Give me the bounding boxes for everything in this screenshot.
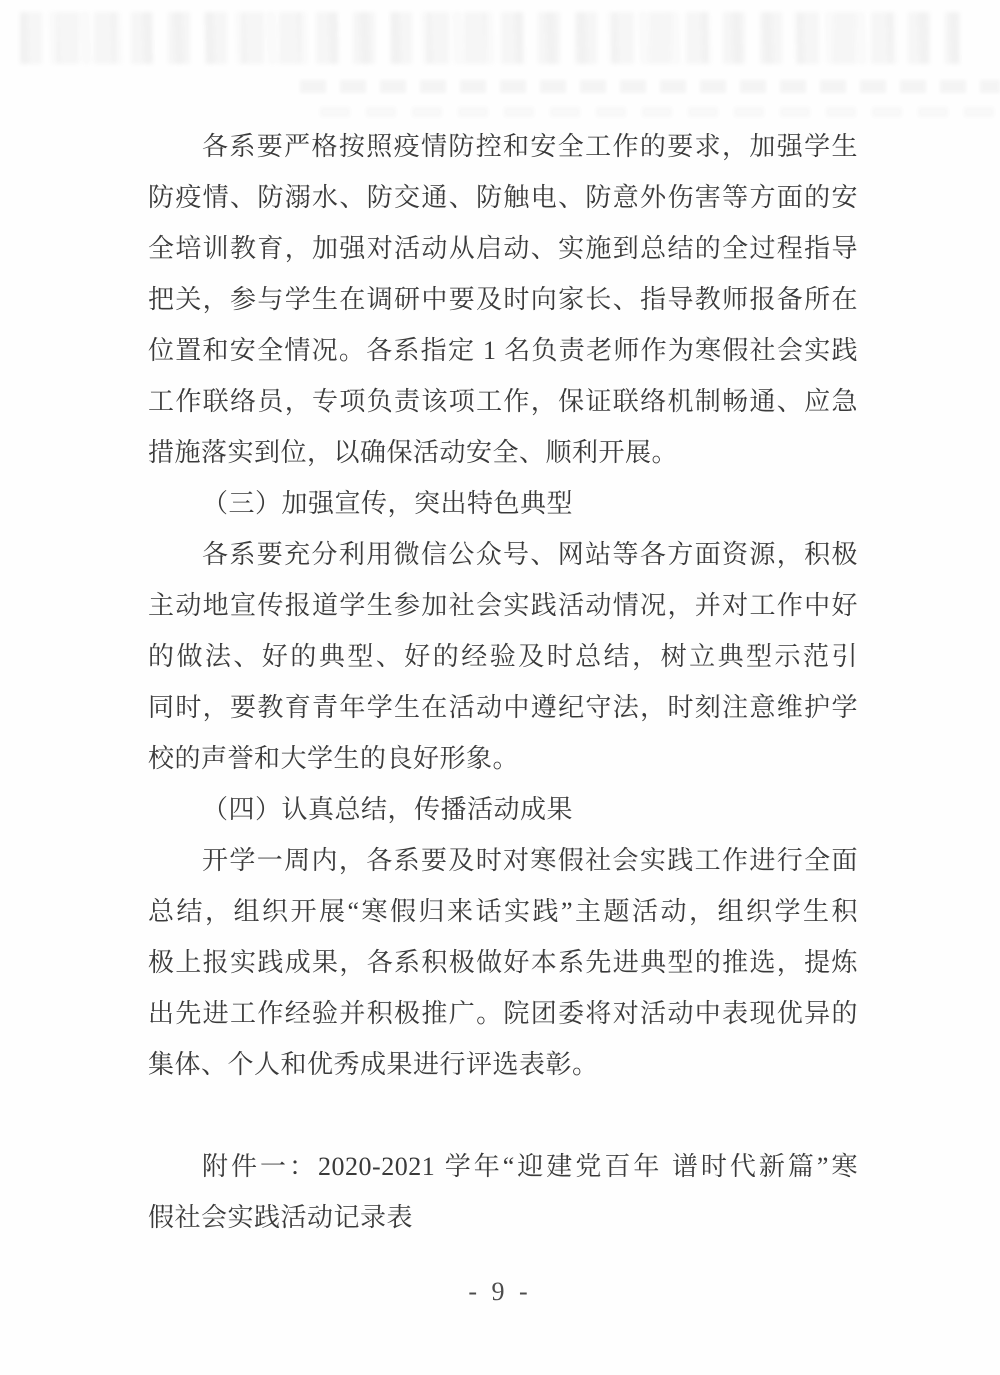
attachment-note-line: 假社会实践活动记录表 xyxy=(148,1192,858,1243)
bleedthrough-artifact xyxy=(20,12,960,64)
text-line: 极上报实践成果，各系积极做好本系先进典型的推选，提炼 xyxy=(148,937,858,988)
text-line: 防疫情、防溺水、防交通、防触电、防意外伤害等方面的安 xyxy=(148,172,858,223)
text-line: 集体、个人和优秀成果进行评选表彰。 xyxy=(148,1039,858,1090)
document-page: 各系要严格按照疫情防控和安全工作的要求，加强学生 防疫情、防溺水、防交通、防触电… xyxy=(0,0,1000,1375)
text-line: 总结，组织开展“寒假归来话实践”主题活动，组织学生积 xyxy=(148,886,858,937)
text-line: 出先进工作经验并积极推广。院团委将对活动中表现优异的 xyxy=(148,988,858,1039)
text-line: 工作联络员，专项负责该项工作，保证联络机制畅通、应急 xyxy=(148,376,858,427)
text-line: 主动地宣传报道学生参加社会实践活动情况，并对工作中好 xyxy=(148,580,858,631)
text-line: 校的声誉和大学生的良好形象。 xyxy=(148,733,858,784)
text-line: 的做法、好的典型、好的经验及时总结，树立典型示范引领， xyxy=(148,631,858,682)
text-line: 同时，要教育青年学生在活动中遵纪守法，时刻注意维护学 xyxy=(148,682,858,733)
bleedthrough-artifact xyxy=(320,107,1000,117)
text-line: 措施落实到位，以确保活动安全、顺利开展。 xyxy=(148,427,858,478)
text-line: 把关，参与学生在调研中要及时向家长、指导教师报备所在 xyxy=(148,274,858,325)
paragraph-spacer xyxy=(148,1090,858,1141)
section-heading-4: （四）认真总结，传播活动成果 xyxy=(148,784,858,835)
bleedthrough-artifact xyxy=(300,80,1000,93)
document-body: 各系要严格按照疫情防控和安全工作的要求，加强学生 防疫情、防溺水、防交通、防触电… xyxy=(148,121,858,1243)
attachment-note-line: 附件一：2020-2021 学年“迎建党百年 谱时代新篇”寒 xyxy=(148,1141,858,1192)
text-line: 全培训教育，加强对活动从启动、实施到总结的全过程指导 xyxy=(148,223,858,274)
text-line: 各系要严格按照疫情防控和安全工作的要求，加强学生 xyxy=(148,121,858,172)
text-line: 开学一周内，各系要及时对寒假社会实践工作进行全面 xyxy=(148,835,858,886)
section-heading-3: （三）加强宣传，突出特色典型 xyxy=(148,478,858,529)
text-line: 位置和安全情况。各系指定 1 名负责老师作为寒假社会实践 xyxy=(148,325,858,376)
text-line: 各系要充分利用微信公众号、网站等各方面资源，积极 xyxy=(148,529,858,580)
page-number: - 9 - xyxy=(0,1276,1000,1308)
